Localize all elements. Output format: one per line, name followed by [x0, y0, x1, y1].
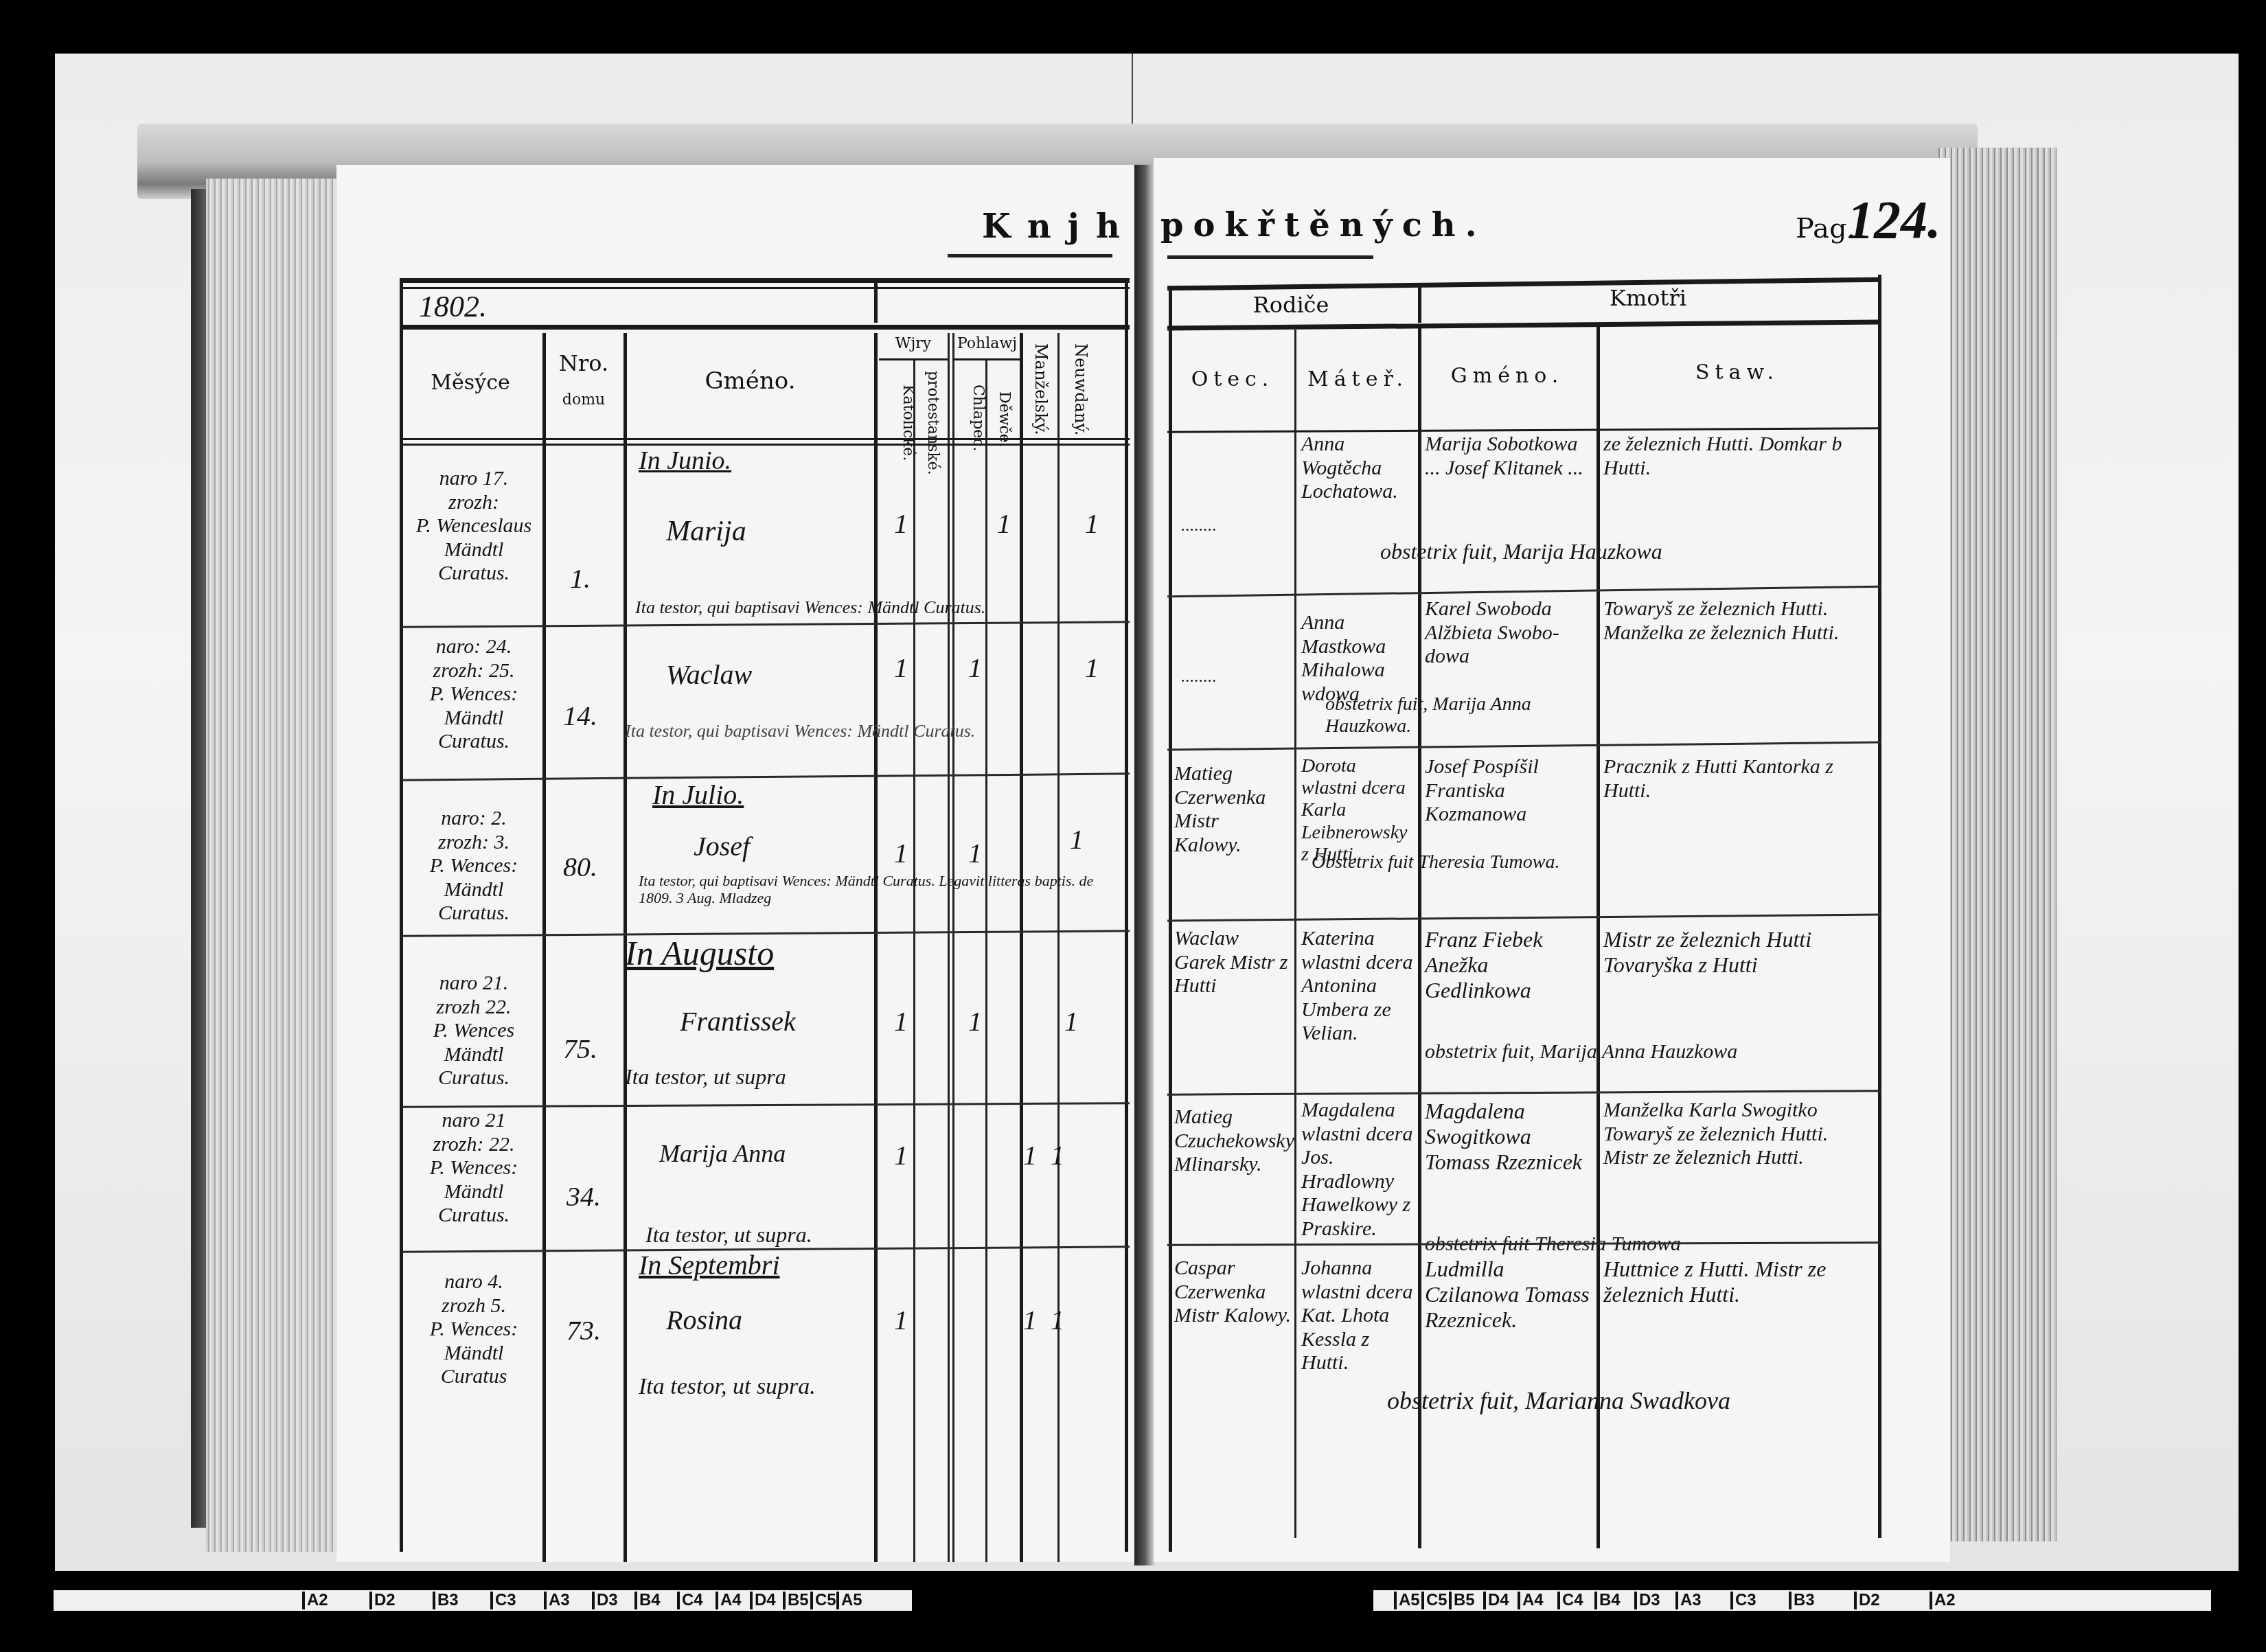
entry-date: naro 21.zrozh 22.P. WencesMändtlCuratus.: [409, 972, 539, 1090]
col-divider-5: [948, 333, 950, 1562]
entry-mother: Dorota wlastni dcera Karla Leibnerowsky …: [1301, 755, 1415, 866]
entry-child-name: Rosina: [666, 1305, 742, 1336]
entry-godparent-name: Karel Swoboda Alžbieta Swobo- dowa: [1425, 597, 1593, 669]
col-divider-3: [1596, 326, 1600, 1548]
entry-godparent-status: Mistr ze železnich Hutti Tovaryška z Hut…: [1603, 927, 1871, 978]
entry-midwife: obstetrix fuit, Marianna Swadkova: [1387, 1387, 1868, 1415]
row-divider: [1167, 913, 1881, 921]
entry-mother: Katerina wlastni dcera Antonina Umbera z…: [1301, 927, 1415, 1046]
book-gutter: [1134, 165, 1155, 1565]
month-heading: In Junio.: [639, 446, 731, 477]
mark-catholic: 1: [894, 1006, 908, 1037]
ruler-label: C4: [677, 1592, 703, 1609]
table-left-border: [400, 278, 403, 1552]
ruler-label: A4: [1518, 1592, 1544, 1609]
entry-child-name: Josef: [694, 831, 750, 862]
entry-father: ........: [1181, 515, 1217, 536]
mark-girl: 1: [1023, 1305, 1037, 1336]
ruler-label: D3: [592, 1592, 618, 1609]
entry-child-name: Marija: [666, 515, 746, 548]
ruler-label: C5: [1421, 1592, 1447, 1609]
col-divider-1: [1294, 330, 1296, 1538]
ruler-label: D4: [1483, 1592, 1509, 1609]
entry-house-no: 73.: [566, 1315, 601, 1346]
month-heading: In Augusto: [625, 934, 774, 974]
mark-legitimate: 1: [1070, 824, 1084, 856]
table-right-border: [1878, 275, 1881, 1538]
entry-midwife: Obstetrix fuit Theresia Tumowa.: [1312, 851, 1586, 873]
mark-girl: 1: [1023, 1140, 1037, 1171]
header-father: Otec.: [1174, 367, 1291, 391]
entry-midwife: obstetrix fuit, Marija Hauzkowa: [1380, 539, 1875, 564]
entry-house-no: 75.: [563, 1033, 597, 1065]
header-mother: Máteř.: [1298, 367, 1418, 391]
header-godparent-status: Staw.: [1600, 360, 1875, 385]
mark-boy: 1: [968, 652, 982, 684]
mark-girl: 1: [997, 508, 1011, 540]
row-divider: [1167, 586, 1881, 598]
entry-godparent-status: Towaryš ze železnich Hutti. Manželka ze …: [1603, 597, 1871, 645]
header-godparent-name: Gméno.: [1421, 364, 1593, 388]
left-page-edges: [206, 179, 343, 1552]
header-rule: [1167, 319, 1881, 330]
entry-father: Caspar Czerwenka Mistr Kalowy.: [1174, 1257, 1294, 1328]
entry-father: ........: [1181, 666, 1217, 687]
entry-child-name: Frantissek: [680, 1006, 796, 1037]
entry-child-name: Marija Anna: [659, 1140, 786, 1168]
ruler-label: B5: [783, 1592, 809, 1609]
ruler-label: A4: [716, 1592, 742, 1609]
col-divider-7: [1020, 333, 1023, 1562]
header-protestant: protestanské.: [924, 371, 941, 475]
ruler-label: D4: [750, 1592, 776, 1609]
col-divider-1: [542, 333, 546, 1562]
ruler-label: C5: [810, 1592, 836, 1609]
entry-mother: Anna Wogtěcha Lochatowa.: [1301, 433, 1415, 504]
ruler-label: D3: [1634, 1592, 1660, 1609]
page-number: 124.: [1847, 189, 1941, 251]
ruler-label: D2: [369, 1592, 396, 1609]
row-divider: [1167, 742, 1881, 751]
entry-house-no: 14.: [563, 700, 597, 732]
table-top-rule-thin: [402, 287, 1130, 289]
col-divider-6: [985, 360, 987, 1562]
mark-legitimate: 1: [1051, 1140, 1064, 1171]
entry-note: Ita testor, qui baptisavi Wences: Mändtl…: [639, 872, 1126, 907]
col-divider-5b: [952, 333, 954, 1562]
mark-boy: 1: [968, 1006, 982, 1037]
title-underline: [948, 254, 1112, 257]
header-name: Gméno.: [628, 367, 872, 395]
mark-legitimate: 1: [1064, 1006, 1078, 1037]
ruler-label: A5: [1394, 1592, 1420, 1609]
entry-date: naro 21zrozh: 22.P. Wences:MändtlCuratus…: [409, 1109, 539, 1228]
header-sex: Pohlawj: [954, 335, 1020, 352]
title-right-word: pokřtěných.: [1160, 206, 1486, 244]
entry-godparent-name: Josef Pospíšil Frantiska Kozmanowa: [1425, 755, 1593, 827]
col-divider-2: [1418, 326, 1421, 1548]
mark-catholic: 1: [894, 1305, 908, 1336]
left-page: Knjha 1802. Měsýce Nro. domu Gméno. Wjry…: [336, 165, 1149, 1562]
entry-godparent-status: Pracznik z Hutti Kantorka z Hutti.: [1603, 755, 1871, 803]
month-heading: In Septembri: [639, 1250, 780, 1281]
ruler-label: A5: [836, 1592, 862, 1609]
header-religion: Wjry: [879, 335, 948, 352]
mark-legitimate: 1: [1085, 652, 1099, 684]
header-bottom-rule-2: [402, 444, 1130, 446]
entry-mother: Magdalena wlastni dcera Jos. Hradlowny H…: [1301, 1099, 1415, 1241]
mark-legitimate: 1: [1085, 508, 1099, 540]
ruler-label: A2: [1930, 1592, 1956, 1609]
entry-child-name: Waclaw: [666, 659, 752, 691]
entry-godparent-status: Manželka Karla Swogitko Towaryš ze želez…: [1603, 1099, 1871, 1170]
ruler-label: C4: [1557, 1592, 1583, 1609]
header-rule: [402, 325, 1130, 330]
entry-midwife: obstetrix fuit, Marija Anna Hauzkowa: [1425, 1040, 1871, 1064]
ruler-label: A2: [302, 1592, 328, 1609]
ruler-label: B5: [1449, 1592, 1475, 1609]
table-top-rule: [402, 278, 1130, 283]
header-legitimate: Manželský.: [1031, 343, 1051, 435]
ruler-label: C3: [1730, 1592, 1756, 1609]
entry-date: naro 4.zrozh 5.P. Wences:MändtlCuratus: [409, 1270, 539, 1389]
entry-note: Ita testor, ut supra: [625, 1064, 900, 1090]
ruler-label: B3: [433, 1592, 459, 1609]
mark-catholic: 1: [894, 652, 908, 684]
ruler-label: D2: [1854, 1592, 1880, 1609]
entry-house-no: 34.: [566, 1181, 601, 1213]
entry-godparent-name: Magdalena Swogitkowa Tomass Rzeznicek: [1425, 1099, 1593, 1174]
entry-mother: Johanna wlastni dcera Kat. Lhota Kessla …: [1301, 1257, 1415, 1375]
year-label: 1802.: [419, 290, 487, 325]
mark-boy: 1: [968, 838, 982, 869]
col-divider-8: [1057, 333, 1060, 1562]
header-godparents: Kmotři: [1421, 285, 1875, 311]
header-month: Měsýce: [405, 371, 536, 395]
mark-catholic: 1: [894, 508, 908, 540]
mark-catholic: 1: [894, 838, 908, 869]
entry-date: naro: 2.zrozh: 3.P. Wences:MändtlCuratus…: [409, 807, 539, 926]
entry-date: naro 17.zrozh:P. WenceslausMändtlCuratus…: [409, 467, 539, 586]
entry-father: Waclaw Garek Mistr z Hutti: [1174, 927, 1291, 998]
header-parents: Rodiče: [1174, 292, 1408, 318]
month-heading: In Julio.: [652, 779, 744, 811]
entry-house-no: 1.: [570, 563, 591, 595]
entry-note: Ita testor, ut supra.: [639, 1373, 927, 1400]
header-house-no: Nro.: [546, 350, 621, 376]
right-page-edges: [1936, 148, 2057, 1541]
entry-note: Ita testor, qui baptisavi Wences: Mändtl…: [635, 597, 1130, 618]
table-right-border: [1125, 278, 1128, 1552]
entry-note: Ita testor, qui baptisavi Wences: Mändtl…: [625, 721, 1119, 742]
entry-house-no: 80.: [563, 851, 597, 883]
entry-father: Matieg Czuchekowsky Mlinarsky.: [1174, 1105, 1294, 1177]
ruler-label: A3: [1675, 1592, 1702, 1609]
ruler-label: C3: [490, 1592, 516, 1609]
row-divider: [1167, 1090, 1881, 1095]
entry-date: naro: 24.zrozh: 25.P. Wences:MändtlCurat…: [409, 635, 539, 754]
entry-mother: Anna Mastkowa Mihalowa wdowa: [1301, 611, 1415, 706]
entry-godparent-name: Ludmilla Czilanowa Tomass Rzeznicek.: [1425, 1257, 1593, 1332]
header-bottom-rule: [402, 438, 1130, 440]
mark-catholic: 1: [894, 1140, 908, 1171]
ruler-label: B4: [634, 1592, 661, 1609]
mark-legitimate: 1: [1051, 1305, 1064, 1336]
right-page: pokřtěných. Pag. 124. Rodiče Kmotři Otec…: [1154, 158, 1950, 1562]
ruler-label: B3: [1789, 1592, 1815, 1609]
ruler-label: B4: [1594, 1592, 1621, 1609]
header-house-domu: domu: [546, 391, 621, 409]
entry-godparent-name: Franz Fiebek Anežka Gedlinkowa: [1425, 927, 1593, 1002]
entry-father: Matieg Czerwenka Mistr Kalowy.: [1174, 762, 1291, 857]
header-illegitimate: Neuwdaný.: [1071, 343, 1090, 435]
entry-note: Ita testor, ut supra.: [645, 1222, 920, 1248]
year-divider: [874, 282, 878, 323]
entry-godparent-status: Huttnice z Hutti. Mistr ze železnich Hut…: [1603, 1257, 1871, 1307]
ruler-label: A3: [544, 1592, 570, 1609]
header-boy: Chlapec.: [970, 385, 987, 452]
entry-midwife: obstetrix fuit, Marija Anna Hauzkowa.: [1325, 693, 1600, 737]
title-underline: [1167, 255, 1373, 259]
entry-godparent-name: Marija Sobotkowa ... Josef Klitanek ...: [1425, 433, 1593, 480]
entry-godparent-status: ze železnich Hutti. Domkar b Hutti.: [1603, 433, 1871, 480]
